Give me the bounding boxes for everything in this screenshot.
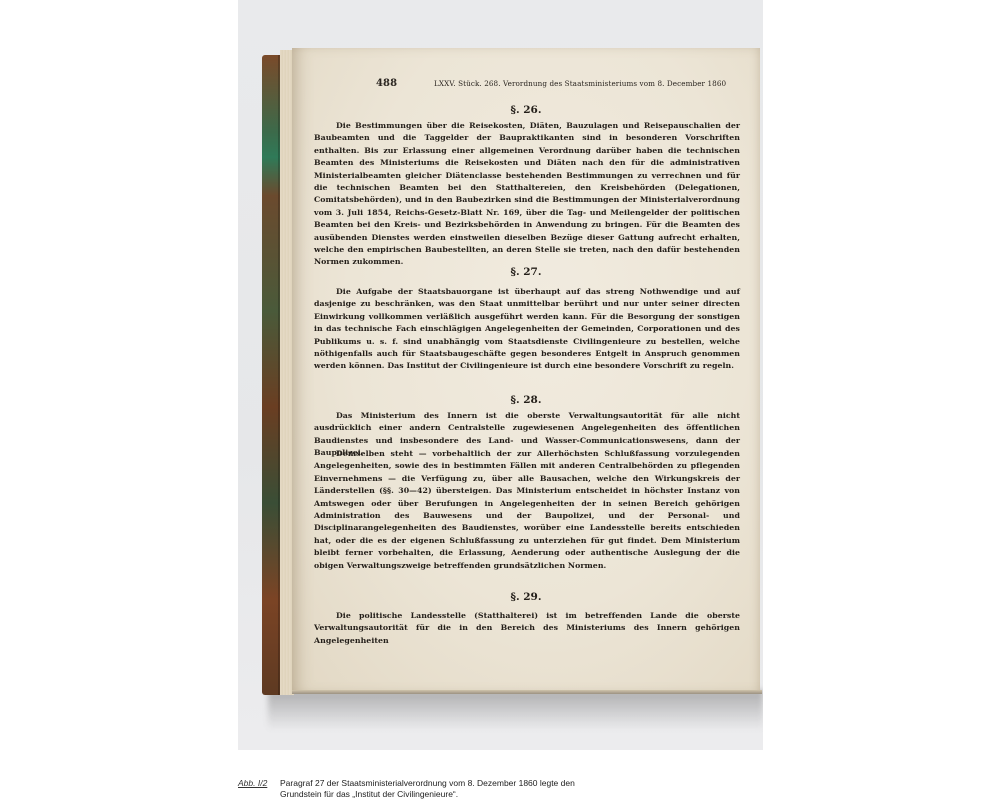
running-head-title: LXXV. Stück. 268. Verordnung des Staatsm… [434,79,726,88]
section-heading-27: §. 27. [292,266,760,278]
paragraph-27: Die Aufgabe der Staatsbauorgane ist über… [314,286,740,373]
page-bottom-edge [292,690,762,694]
caption-text: Paragraf 27 der Staatsministerialverordn… [280,778,580,800]
section-heading-29: §. 29. [292,591,760,603]
book-photograph: 488 LXXV. Stück. 268. Verordnung des Sta… [238,0,763,750]
book-shadow [268,690,763,730]
running-head: 488 LXXV. Stück. 268. Verordnung des Sta… [376,78,736,92]
paragraph-26: Die Bestimmungen über die Reisekosten, D… [314,120,740,269]
paragraph-28-2: Demselben steht — vorbehaltlich der zur … [314,448,740,572]
book-spine [262,55,282,695]
book-page: 488 LXXV. Stück. 268. Verordnung des Sta… [292,48,760,692]
section-heading-26: §. 26. [292,104,760,116]
section-heading-28: §. 28. [292,394,760,406]
page-number: 488 [376,78,397,89]
paragraph-29: Die politische Landesstelle (Statthalter… [314,610,740,647]
caption-label: Abb. I/2 [238,778,267,788]
